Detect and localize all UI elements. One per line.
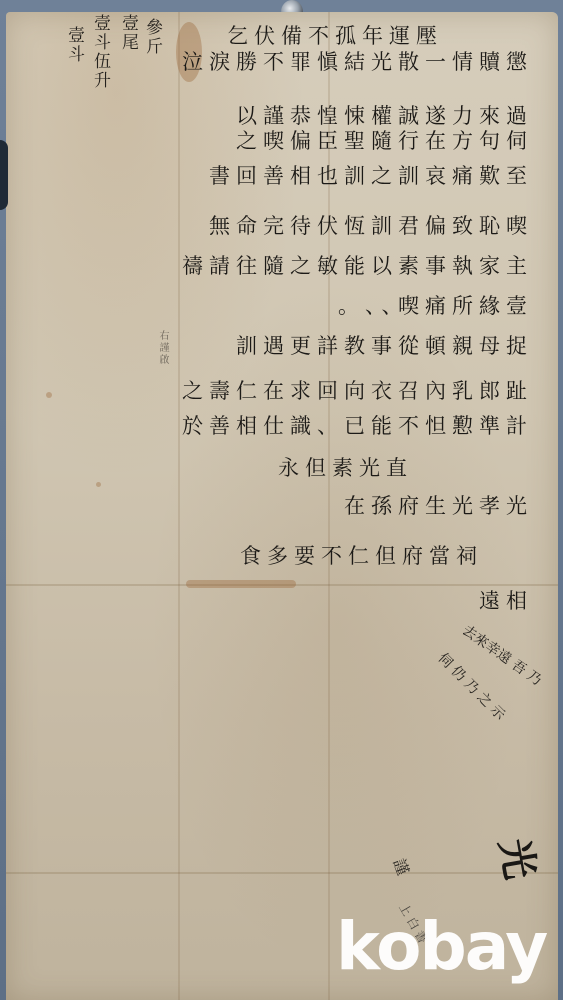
document-line: 直光素但永	[278, 452, 413, 482]
fold-line	[178, 12, 180, 1000]
document-line: 懲贖情一散光結愼罪不勝淚泣	[182, 46, 533, 76]
margin-note: 參斤	[140, 18, 165, 56]
faint-note: 右謹啟	[155, 330, 170, 366]
document-line: 喫恥致偏君訓恆伏待完命無	[209, 210, 533, 240]
document-line: 捉母親頓從事教詳更遇訓	[236, 330, 533, 360]
document-line: 至歎痛哀訓之訓也相善回書	[209, 160, 533, 190]
margin-note: 壹尾	[116, 14, 141, 52]
document-line: 趾郎乳內召衣向回求在仁壽之	[182, 375, 533, 405]
stain	[46, 392, 52, 398]
fold-line	[6, 872, 558, 874]
paper-edge-shadow	[0, 140, 8, 210]
kobay-watermark: kobay	[336, 914, 546, 980]
margin-note: 壹斗伍升	[88, 14, 113, 90]
document-line: 主家執事素以能敏之隨往請禱	[182, 250, 533, 280]
document-line: 祠當府但仁不要多食	[240, 540, 483, 570]
stain	[186, 580, 296, 588]
stain	[96, 482, 101, 487]
document-line: 壹緣所痛喫、、。	[338, 290, 533, 320]
document-line: 伺句方在行隨聖臣偏喫之	[236, 125, 533, 155]
document-line: 光孝光生府孫在	[344, 490, 533, 520]
document-line: 相遠	[479, 585, 533, 615]
margin-note: 壹斗	[62, 26, 87, 64]
document-line: 計準懃怛不能已、識仕相善於	[182, 410, 533, 440]
